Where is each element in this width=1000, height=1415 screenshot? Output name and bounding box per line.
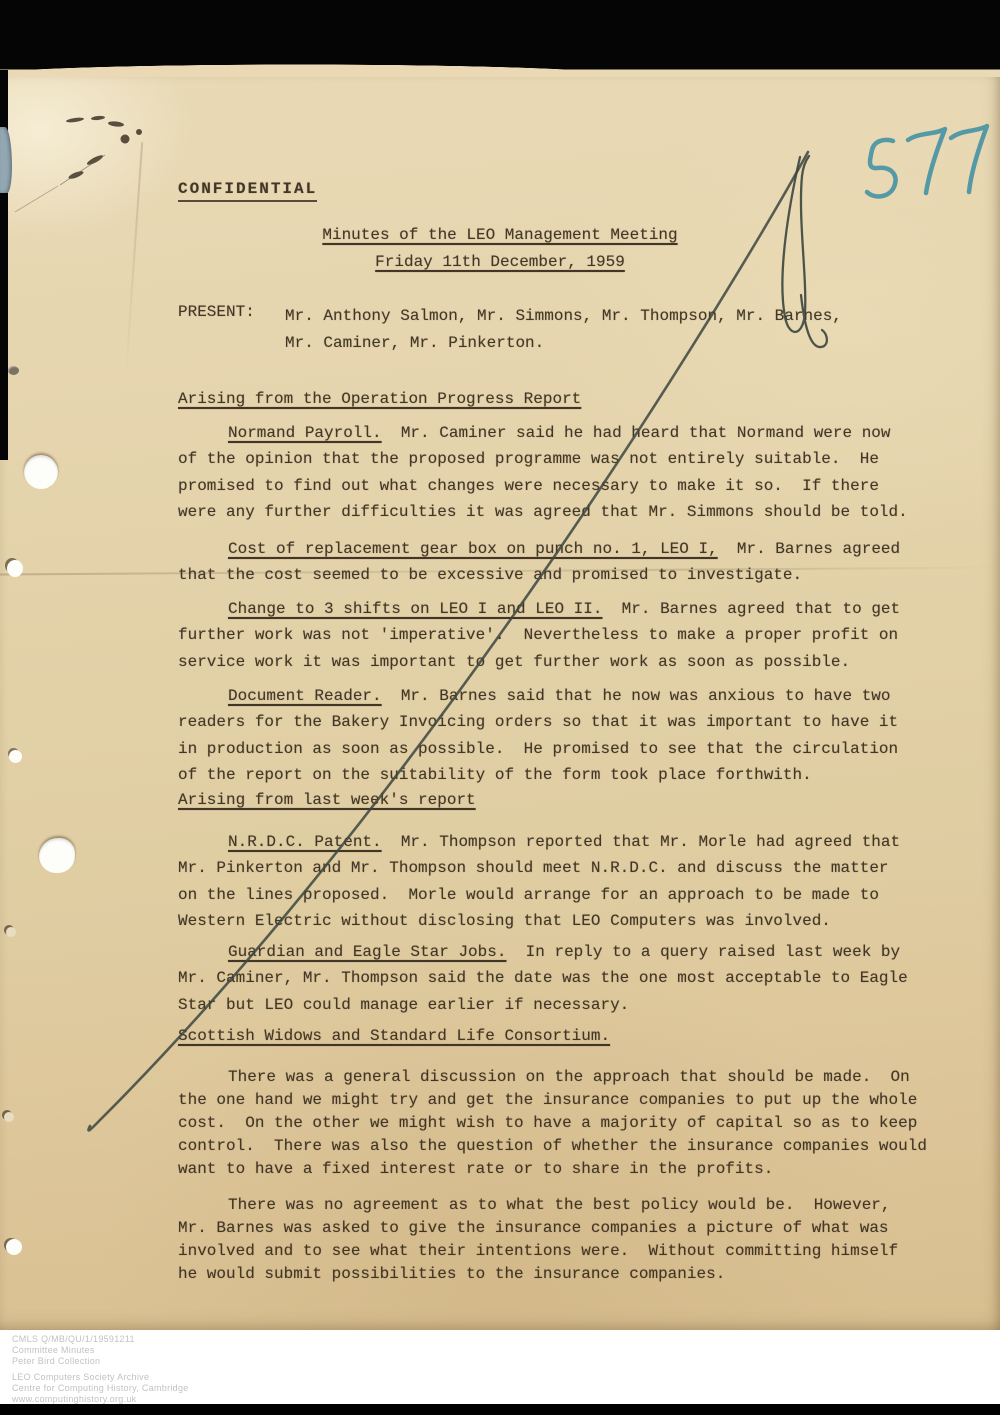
paragraph-lead-gearbox: Cost of replacement gear box on punch no…	[228, 540, 718, 558]
title-line-2: Friday 11th December, 1959	[375, 253, 625, 271]
paragraph-shifts: Change to 3 shifts on LEO I and LEO II. …	[178, 596, 963, 675]
paragraph-lead-nrdc: N.R.D.C. Patent.	[228, 833, 382, 851]
paragraph-nrdc-patent: N.R.D.C. Patent. Mr. Thompson reported t…	[178, 829, 963, 935]
archive-caption-strip: CMLS Q/MB/QU/1/19591211 Committee Minute…	[0, 1330, 1000, 1404]
document-scan: CONFIDENTIAL Minutes of the LEO Manageme…	[0, 0, 1000, 1415]
scan-top-border	[0, 0, 1000, 70]
paragraph-guardian-eagle-star: Guardian and Eagle Star Jobs. In reply t…	[178, 939, 963, 1018]
section-heading-last-week: Arising from last week's report	[178, 791, 476, 809]
archive-reference-block: CMLS Q/MB/QU/1/19591211 Committee Minute…	[12, 1334, 135, 1367]
section-heading-operation-report: Arising from the Operation Progress Repo…	[178, 390, 581, 408]
scan-bottom-border	[0, 1404, 1000, 1415]
archive-institution: Centre for Computing History, Cambridge	[12, 1383, 189, 1394]
punch-hole-small	[6, 927, 16, 937]
paragraph-lead-document-reader: Document Reader.	[228, 687, 382, 705]
paragraph-gearbox: Cost of replacement gear box on punch no…	[178, 536, 963, 589]
archive-collection-line2: Peter Bird Collection	[12, 1356, 135, 1367]
punch-hole-small	[4, 1112, 14, 1122]
paragraph-lead-normand: Normand Payroll.	[228, 424, 382, 442]
archive-credit-block: LEO Computers Society Archive Centre for…	[12, 1372, 189, 1405]
archive-reference: CMLS Q/MB/QU/1/19591211	[12, 1334, 135, 1345]
paper-speck	[8, 366, 19, 375]
document-title: Minutes of the LEO Management MeetingFri…	[0, 222, 1000, 276]
paragraph-discussion: There was a general discussion on the ap…	[178, 1066, 963, 1181]
punch-hole	[39, 838, 75, 873]
punch-hole-small	[6, 1239, 22, 1255]
confidential-label: CONFIDENTIAL	[178, 180, 317, 202]
punch-hole-small	[7, 560, 23, 577]
punch-hole-small	[9, 750, 22, 763]
present-label: PRESENT:	[178, 303, 255, 321]
punch-hole	[24, 455, 58, 489]
paragraph-lead-guardian: Guardian and Eagle Star Jobs.	[228, 943, 506, 961]
paragraph-lead-shifts: Change to 3 shifts on LEO I and LEO II.	[228, 600, 602, 618]
archive-collection-line1: Committee Minutes	[12, 1345, 135, 1356]
present-names: Mr. Anthony Salmon, Mr. Simmons, Mr. Tho…	[285, 303, 842, 357]
title-line-1: Minutes of the LEO Management Meeting	[322, 226, 677, 244]
paragraph-no-agreement: There was no agreement as to what the be…	[178, 1194, 963, 1286]
section-heading-scottish-widows: Scottish Widows and Standard Life Consor…	[178, 1027, 610, 1045]
paragraph-normand-payroll: Normand Payroll. Mr. Caminer said he had…	[178, 420, 963, 526]
paragraph-document-reader: Document Reader. Mr. Barnes said that he…	[178, 683, 963, 789]
archive-name: LEO Computers Society Archive	[12, 1372, 189, 1383]
paper-top-edge	[0, 63, 1000, 77]
